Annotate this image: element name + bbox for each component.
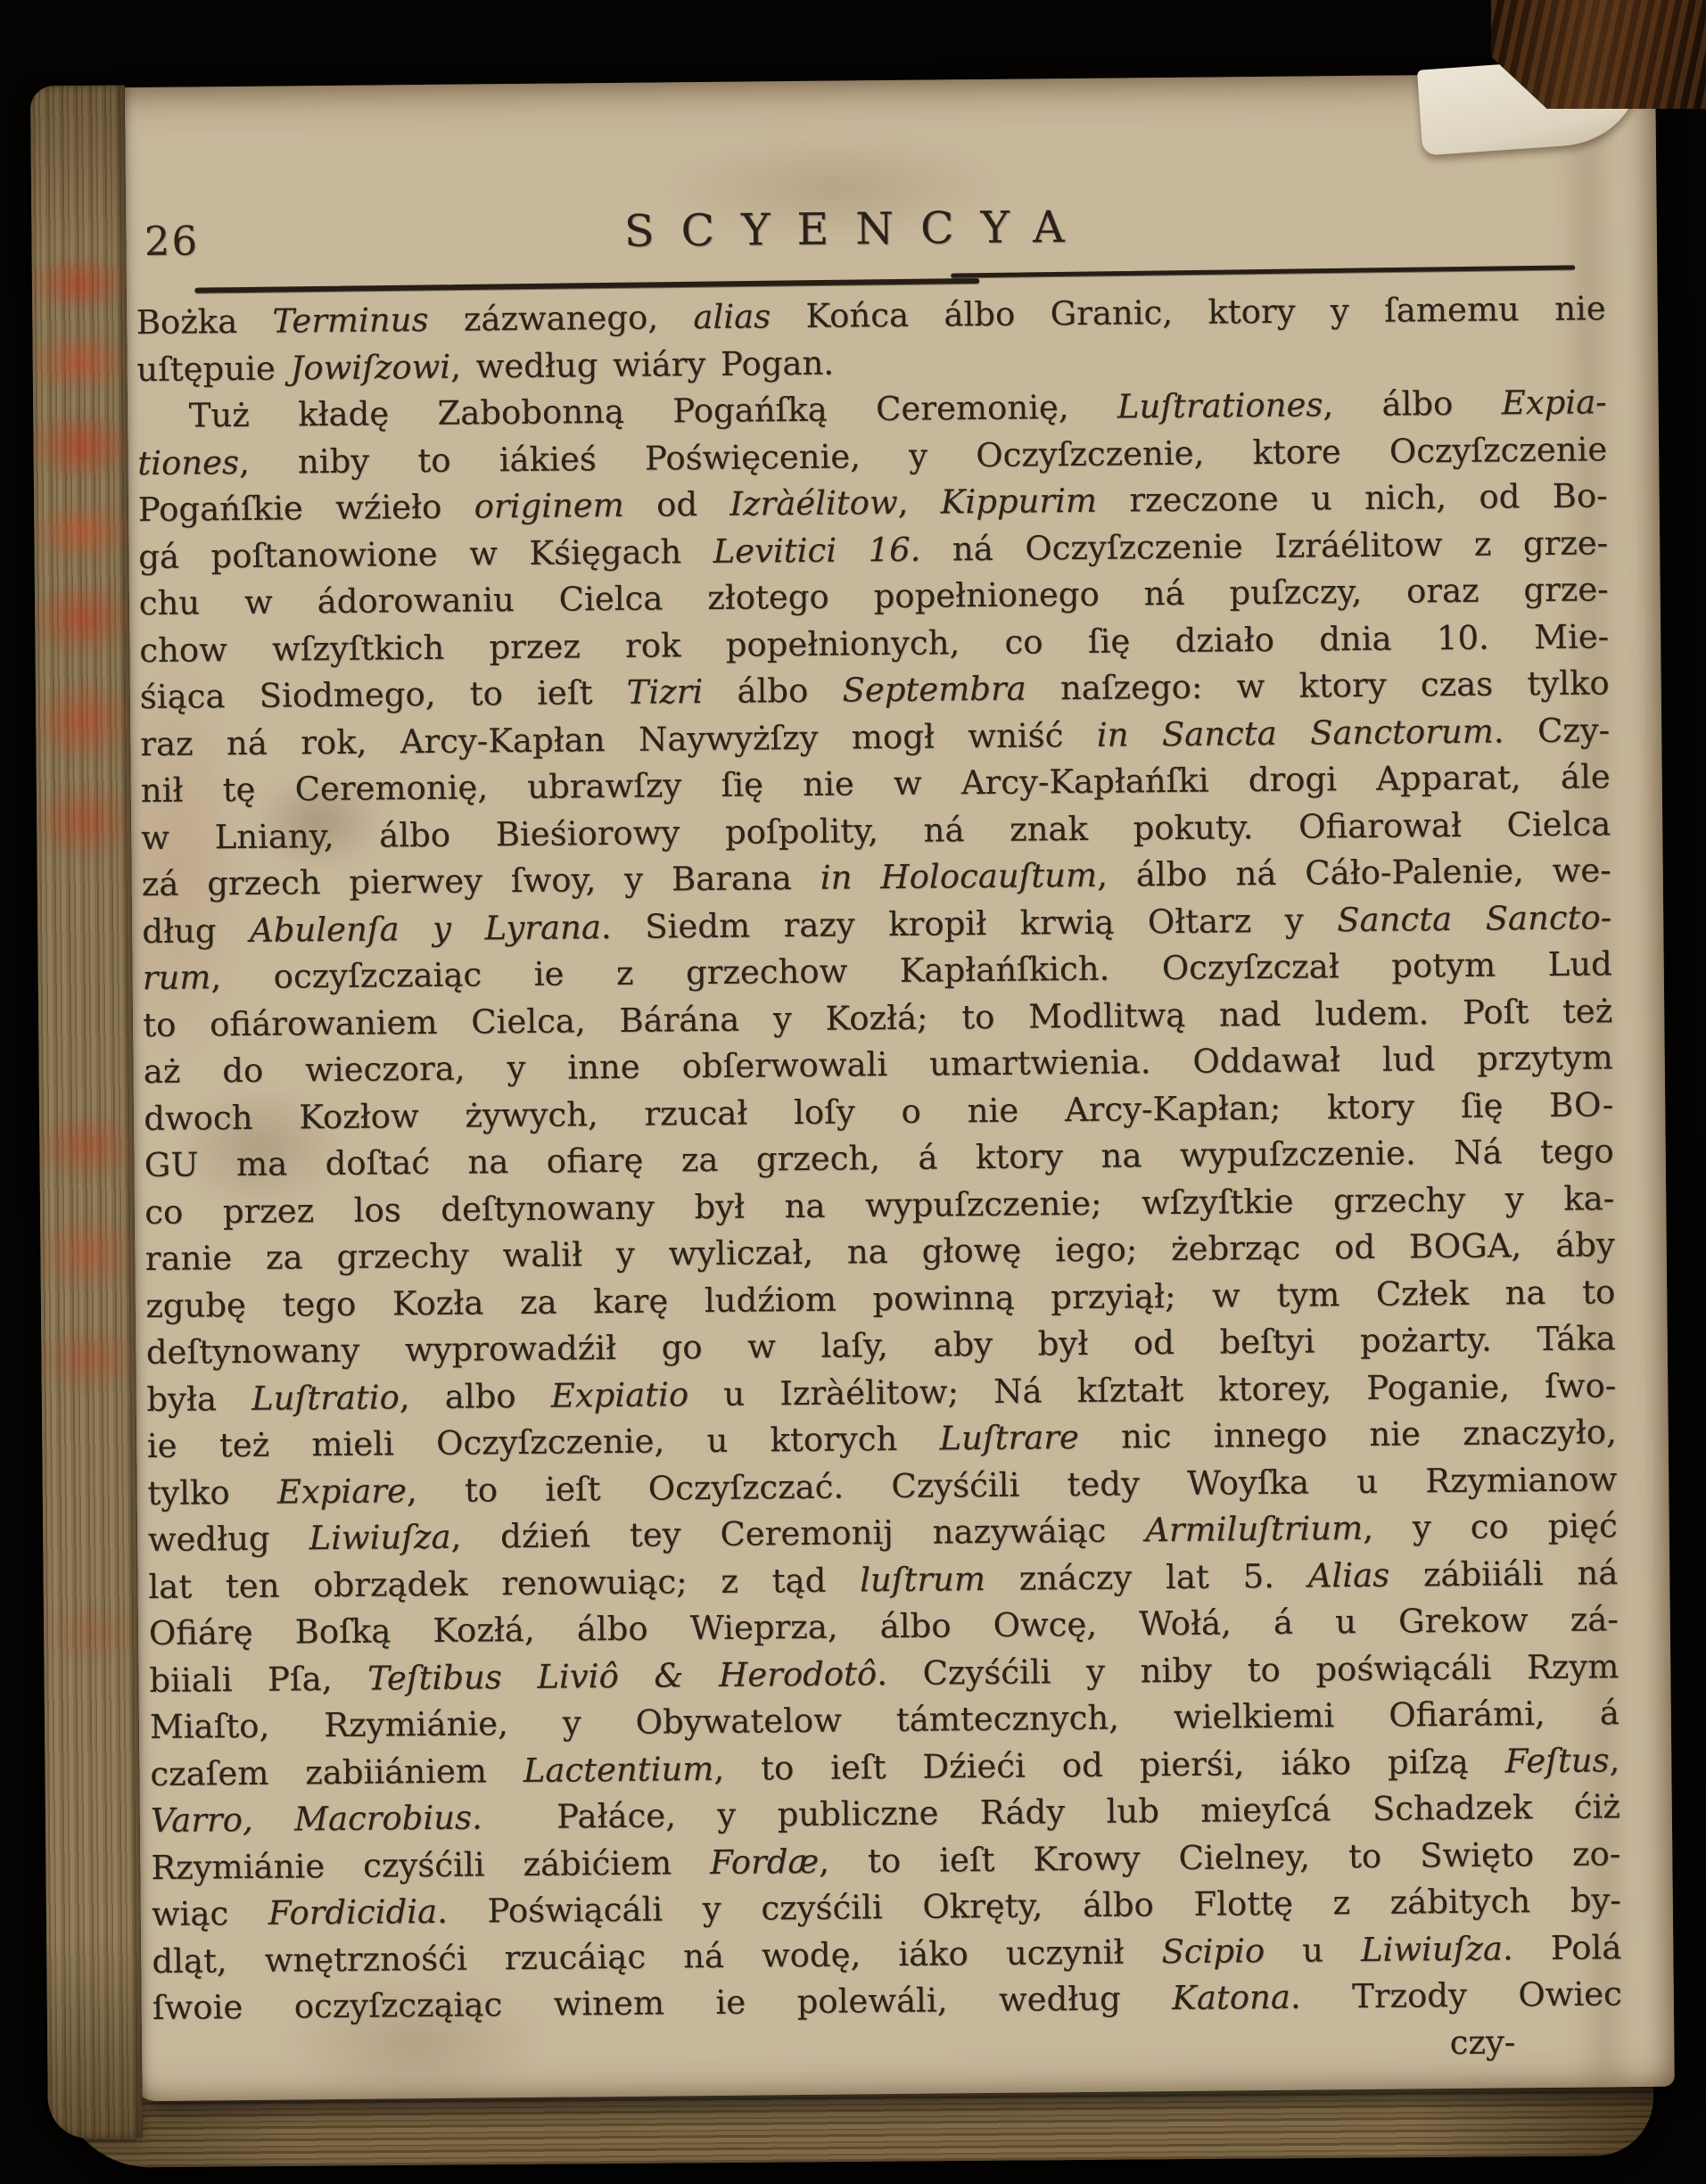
- header-rule-left: [194, 278, 979, 293]
- red-edge-stain: [30, 255, 132, 313]
- running-title: SCYENCYA: [112, 196, 1603, 261]
- text-block: Bożka Terminus zázwanego, alias Końca ál…: [136, 285, 1622, 2079]
- red-edge-stain: [31, 780, 137, 861]
- red-edge-stain: [30, 581, 136, 658]
- header-rule-right: [951, 265, 1575, 277]
- red-edge-stain: [35, 1213, 141, 1292]
- red-edge-stain: [36, 1324, 142, 1393]
- book-fore-edge: [30, 86, 143, 2139]
- book-scan: 26 SCYENCYA Bożka Terminus zázwanego, al…: [0, 0, 1706, 2184]
- red-edge-stain: [38, 1601, 143, 1664]
- red-edge-stain: [30, 411, 134, 482]
- red-edge-stain: [30, 500, 135, 564]
- red-edge-stain: [30, 331, 133, 394]
- red-edge-stain: [30, 679, 136, 765]
- book-page: 26 SCYENCYA Bożka Terminus zázwanego, al…: [111, 73, 1675, 2102]
- red-edge-stain: [34, 1110, 140, 1183]
